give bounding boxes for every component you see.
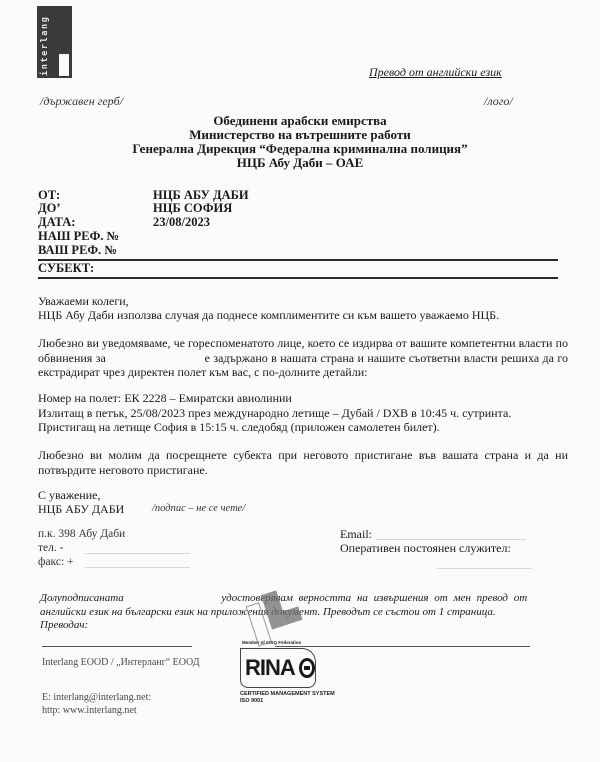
logo-placeholder-note: /лого/ xyxy=(484,94,513,109)
ref-divider xyxy=(38,259,558,261)
request-paragraph: Любезно ви молим да посрещнете субекта п… xyxy=(38,448,568,477)
date-label: ДАТА: xyxy=(38,216,75,230)
email-redacted-line xyxy=(376,539,526,540)
our-ref-label: НАШ РЕФ. № xyxy=(38,230,119,244)
iqnet-circle-icon xyxy=(299,658,315,678)
duty-officer-redacted-line xyxy=(437,568,532,569)
sender: НЦБ АБУ ДАБИ xyxy=(38,502,124,517)
translator-signature-line xyxy=(42,646,192,647)
cert-line-2: ISO 9001 xyxy=(240,698,335,705)
greeting: Уважаеми колеги, xyxy=(38,294,568,309)
subject-divider xyxy=(38,277,558,279)
flight-arrival: Пристигащ на летище София в 15:15 ч. сле… xyxy=(38,420,568,435)
intro-paragraph: НЦБ Абу Даби използва случая да поднесе … xyxy=(38,308,568,323)
company-website: http: www.interlang.net xyxy=(42,705,137,716)
company-name: Interlang ЕООD / „Интерланг“ ЕООД xyxy=(42,657,200,668)
stamp-header: Member of CISQ Federation xyxy=(242,640,301,645)
your-ref-label: ВАШ РЕФ. № xyxy=(38,244,117,258)
translator-label: Преводач: xyxy=(40,619,88,631)
closing: С уважение, xyxy=(38,488,568,503)
rina-certification-stamp: Member of CISQ Federation RINA CERTIFIED… xyxy=(238,638,320,710)
interlang-logo: interlang xyxy=(37,6,72,78)
stamp-certification-text: CERTIFIED MANAGEMENT SYSTEM ISO 9001 xyxy=(240,691,335,705)
signature-note: /подпис – не се чете/ xyxy=(152,503,245,514)
po-box: п.к. 398 Абу Даби xyxy=(38,527,125,542)
phone-redacted-line xyxy=(85,553,190,554)
flight-departure: Излитащ в петък, 25/08/2023 през междуна… xyxy=(38,406,568,421)
notification-text-end: е задържано в нашата страна и нашите съо… xyxy=(38,351,568,380)
duty-officer-label: Оперативен постоянен служител: xyxy=(340,541,511,556)
title-line: Генерална Дирекция “Федерална криминална… xyxy=(0,142,600,156)
title-line: Министерство на вътрешните работи xyxy=(0,128,600,142)
fax: факс: + xyxy=(38,555,74,570)
rina-logo: RINA xyxy=(240,648,316,688)
company-email: E: interlang@interlang.net: xyxy=(42,692,151,703)
title-line: НЦБ Абу Даби – ОАЕ xyxy=(0,156,600,170)
flight-number: Номер на полет: ЕК 2228 – Емиратски авио… xyxy=(38,391,568,406)
certification-signer: Долуподписаната xyxy=(40,592,124,604)
email-label: Email: xyxy=(340,527,372,542)
phone: тел. - xyxy=(38,541,63,556)
logo-box xyxy=(59,54,69,76)
to-value: НЦБ СОФИЯ xyxy=(153,202,232,216)
subject-label: СУБЕКТ: xyxy=(38,262,94,276)
issuer-title-block: Обединени арабски емирства Министерство … xyxy=(0,114,600,170)
certification-line-1: Долуподписаната удостоверявам верността … xyxy=(40,592,560,604)
coat-of-arms-note: /държавен герб/ xyxy=(40,94,123,109)
fax-redacted-line xyxy=(85,567,190,568)
logo-text: interlang xyxy=(40,16,50,76)
cert-line-1: CERTIFIED MANAGEMENT SYSTEM xyxy=(240,691,335,698)
translation-note: Превод от английски език xyxy=(369,65,502,80)
date-value: 23/08/2023 xyxy=(153,216,210,230)
notification-paragraph: Любезно ви уведомяваме, че гореспоменато… xyxy=(38,336,568,380)
flight-details: Номер на полет: ЕК 2228 – Емиратски авио… xyxy=(38,391,568,435)
rina-brand: RINA xyxy=(245,655,295,681)
to-label: ДО’ xyxy=(38,202,61,216)
title-line: Обединени арабски емирства xyxy=(0,114,600,128)
